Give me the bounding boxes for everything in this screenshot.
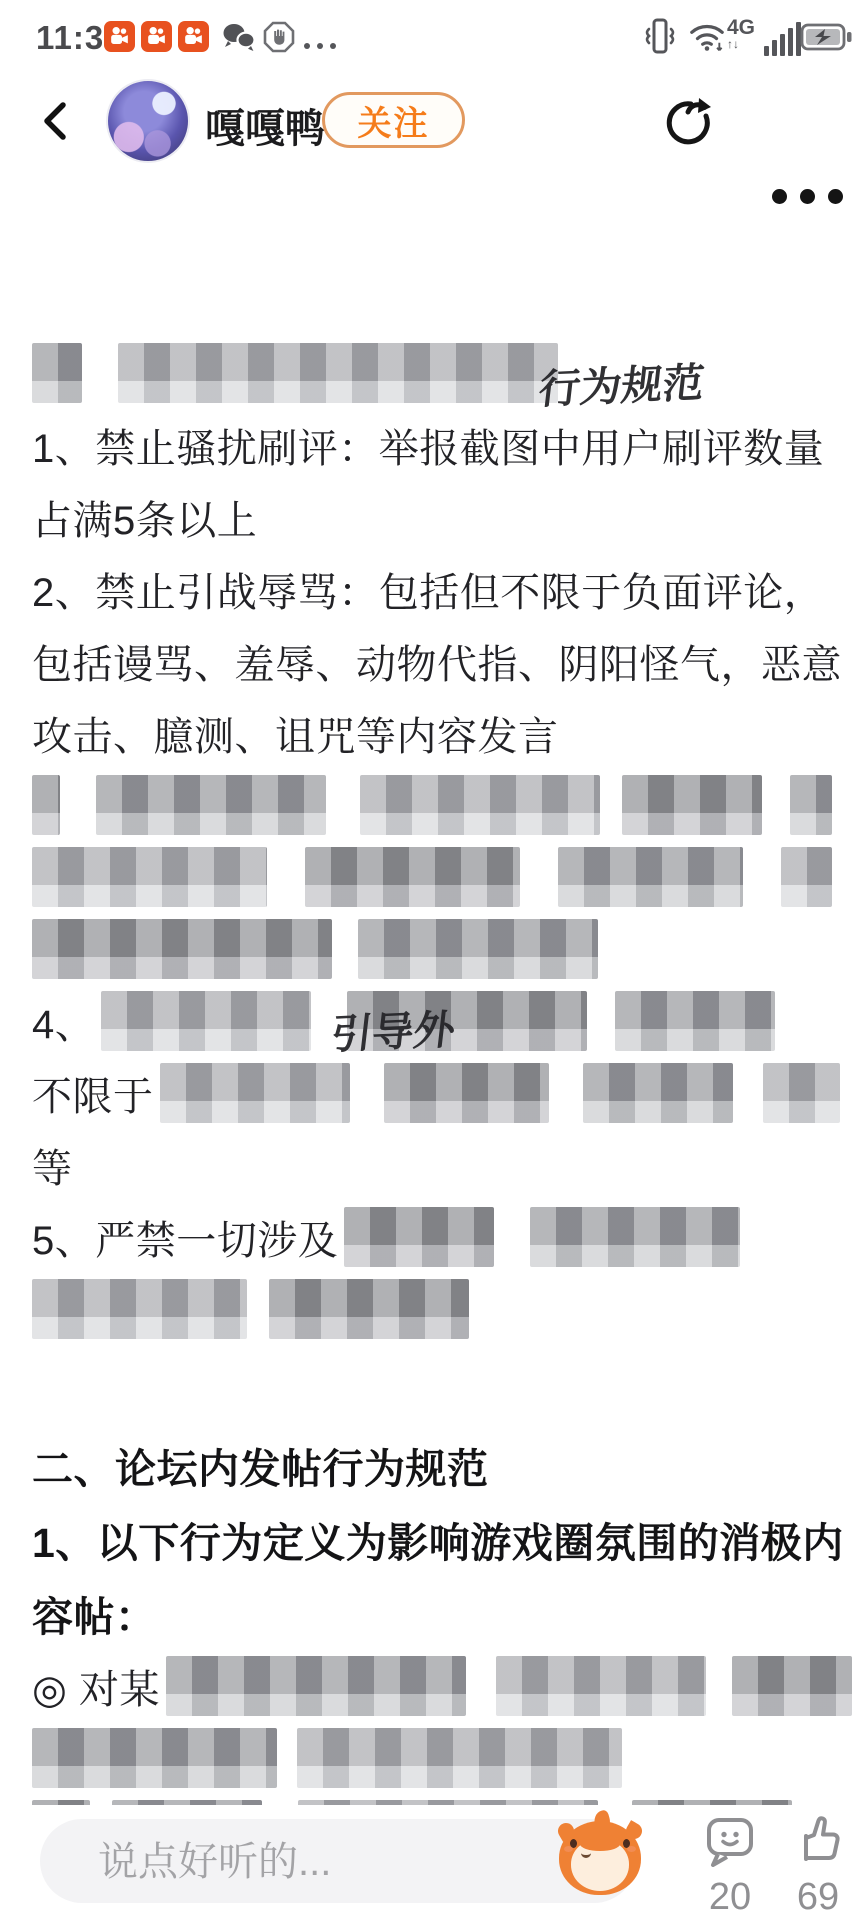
mosaic-block [384,1063,549,1123]
share-icon[interactable] [660,94,718,152]
post-text: 2、禁止引战辱骂：包括但不限于负面评论， [32,561,824,618]
censored-overlay-text: 行为规范 [536,349,708,415]
post-text-line: 等 [32,1129,832,1201]
wechat-icon [220,20,258,56]
like-action[interactable]: 69 [788,1813,848,1919]
censored-line [32,913,832,985]
post-text: 二、论坛内发帖行为规范 [32,1436,489,1495]
mosaic-block [166,1656,466,1716]
status-bar: 11:36 4G ↑↓ [0,0,864,75]
post-spacer [32,1345,832,1428]
bottom-bar: 20 69 [0,1805,864,1920]
censored-prefix-text: 4、 [32,993,95,1050]
mosaic-block [118,343,558,403]
mosaic-block [344,1207,494,1267]
mosaic-block [32,847,267,907]
mosaic-block [32,919,332,979]
avatar[interactable] [106,79,190,163]
post-text: 1、禁止骚扰刷评：举报截图中用户刷评数量 [32,417,824,474]
post-text: 容帖： [32,1584,157,1643]
censored-line: ◎ 对某 [32,1650,832,1722]
censored-line: 5、严禁一切涉及 [32,1201,832,1273]
back-icon[interactable] [34,99,78,143]
ellipsis-icon [304,43,336,49]
mosaic-block [763,1063,840,1123]
mosaic-block [101,991,311,1051]
mosaic-block [615,991,775,1051]
censored-line [32,1722,832,1794]
censored-line [32,841,832,913]
duck-mascot-icon[interactable] [556,1813,644,1901]
mosaic-block [32,343,82,403]
post-text-line: 二、论坛内发帖行为规范 [32,1428,832,1502]
mosaic-block [496,1656,706,1716]
mosaic-block [160,1063,350,1123]
censored-line [32,769,832,841]
mosaic-block [790,775,832,835]
mosaic-block [530,1207,740,1267]
app-screen: { "status_bar": { "time": "11:36", "netw… [0,0,864,1920]
follow-button-label: 关注 [358,96,430,145]
stop-hand-icon [262,20,296,54]
mosaic-block [96,775,326,835]
mosaic-block [781,847,832,907]
battery-charging-icon [800,22,854,52]
signal-bars-icon [764,22,801,56]
kuaishou-badge-icon [178,21,209,52]
mosaic-block [32,1728,277,1788]
mosaic-block [732,1656,852,1716]
thumbs-up-icon [790,1856,846,1873]
comment-input[interactable] [96,1819,520,1905]
post-body: 行为规范1、禁止骚扰刷评：举报截图中用户刷评数量占满5条以上2、禁止引战辱骂：包… [0,165,864,1866]
kuaishou-badge-icon [104,21,135,52]
post-text-line: 1、禁止骚扰刷评：举报截图中用户刷评数量 [32,409,832,481]
comment-action[interactable]: 20 [700,1813,760,1919]
censored-overlay-text: 引导外 [328,996,458,1060]
censored-prefix-text: ◎ 对某 [32,1658,160,1715]
mosaic-block [583,1063,733,1123]
wifi-icon [688,20,726,56]
censored-prefix-text: 5、严禁一切涉及 [32,1209,338,1266]
censored-line: 4、引导外 [32,985,832,1057]
network-4g-icon: 4G ↑↓ [727,18,761,50]
censored-line: 行为规范 [32,337,832,409]
mosaic-block [269,1279,469,1339]
mosaic-block [622,775,762,835]
post-text-line: 包括谩骂、羞辱、动物代指、阴阳怪气，恶意 [32,625,832,697]
kuaishou-badge-icon [141,21,172,52]
comment-bubble-icon [702,1856,758,1873]
post-text: 包括谩骂、羞辱、动物代指、阴阳怪气，恶意 [32,633,842,690]
mosaic-block [558,847,743,907]
post-text-line: 占满5条以上 [32,481,832,553]
mosaic-block [297,1728,622,1788]
censored-prefix-text: 不限于 [32,1065,154,1122]
mosaic-block [360,775,600,835]
mosaic-block [32,1279,247,1339]
comment-count: 20 [700,1876,760,1919]
post-header: 嘎嘎鸭 关注 [0,75,864,167]
post-text-line: 容帖： [32,1576,832,1650]
mosaic-block [358,919,598,979]
post-text: 占满5条以上 [32,489,257,546]
censored-line: 不限于 [32,1057,832,1129]
post-text-line: 攻击、臆测、诅咒等内容发言 [32,697,832,769]
post-text: 攻击、臆测、诅咒等内容发言 [32,705,559,762]
censored-line [32,1273,832,1345]
post-text-line: 2、禁止引战辱骂：包括但不限于负面评论， [32,553,832,625]
mosaic-block [305,847,520,907]
mosaic-block [32,775,60,835]
vibrate-icon [642,14,678,60]
post-text: 等 [32,1137,73,1194]
comment-input-pill[interactable] [40,1819,636,1903]
like-count: 69 [788,1876,848,1919]
follow-button[interactable]: 关注 [322,92,465,148]
user-name[interactable]: 嘎嘎鸭 [205,97,325,154]
post-text: 1、以下行为定义为影响游戏圈氛围的消极内 [32,1510,844,1569]
post-text-line: 1、以下行为定义为影响游戏圈氛围的消极内 [32,1502,832,1576]
